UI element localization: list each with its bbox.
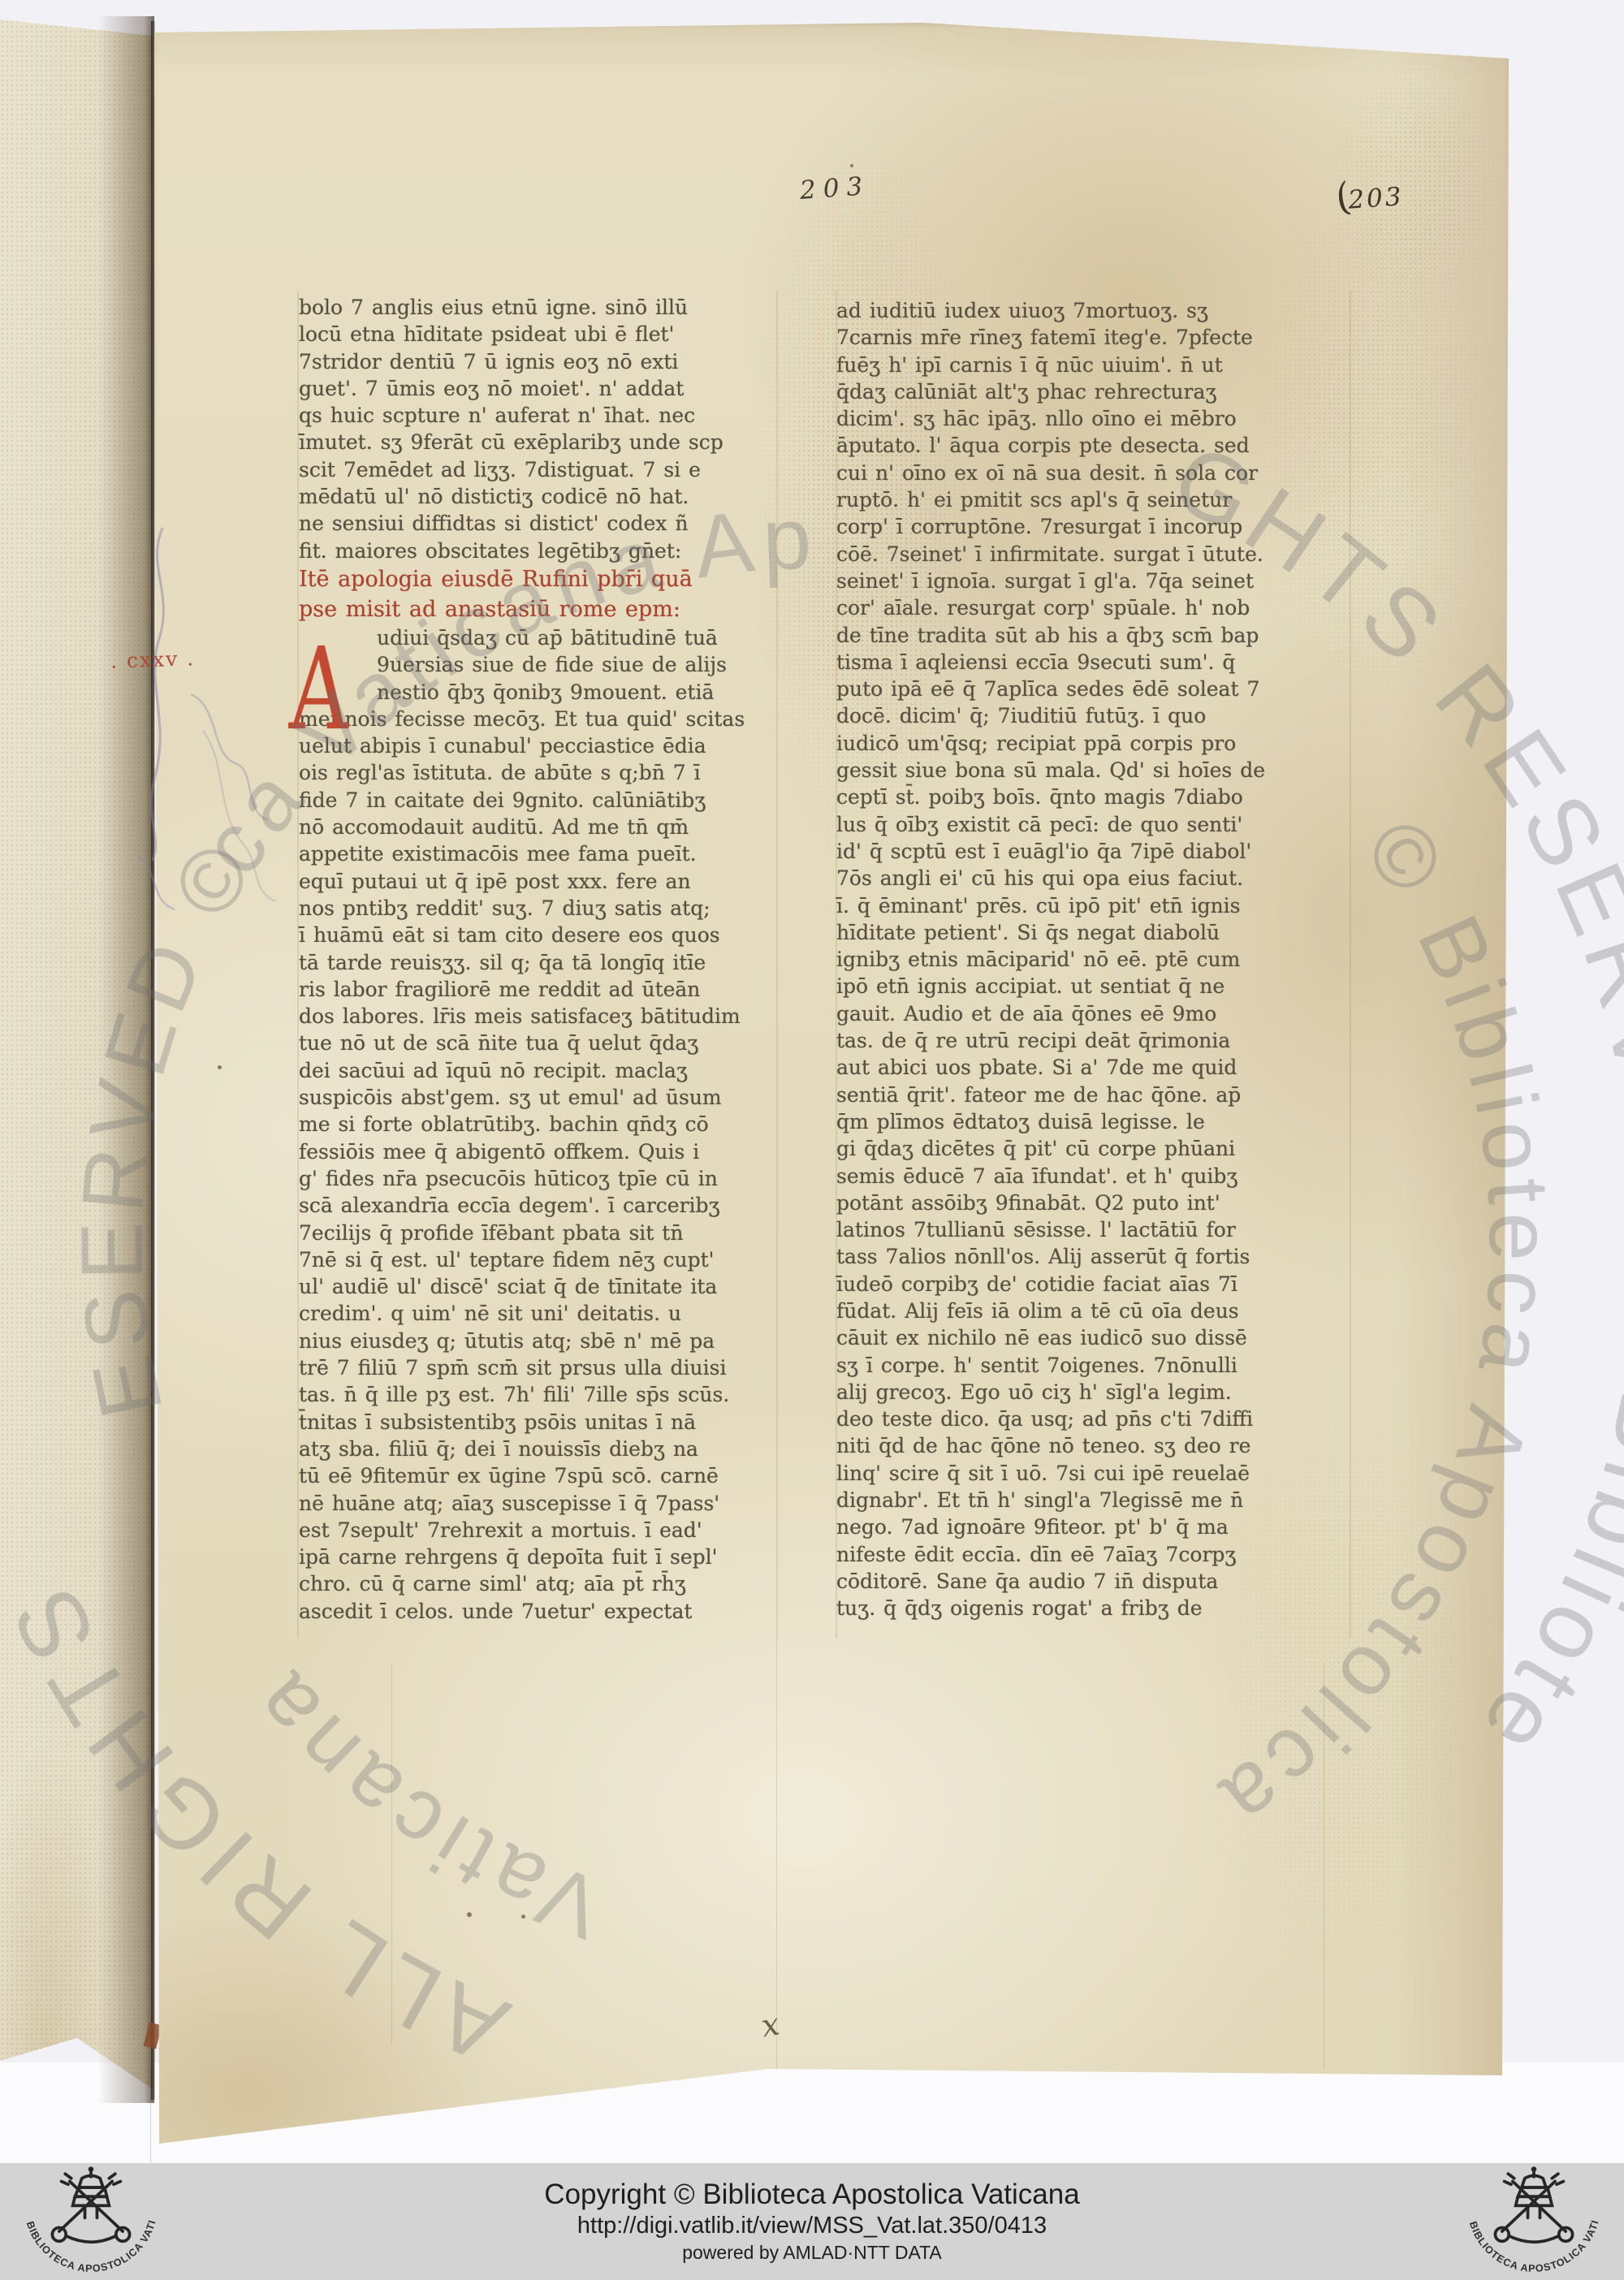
manuscript-text-line: q̄m plīmos ēdtatoʒ duisā legisse. le (836, 1108, 1356, 1135)
logo-arc-text: BIBLIOTECA APOSTOLICA VATICANA (15, 2165, 158, 2274)
manuscript-text-line: fūdat. Alij feīs iā olim a tē cū oīa deu… (836, 1298, 1356, 1324)
manuscript-text-line: tā tarde reuisʒʒ. sil q; q̄a tā longīq i… (299, 949, 786, 976)
manuscript-text-line: ris labor fragiliorē me reddit ad ūteān (299, 976, 786, 1003)
manuscript-text-line: deo teste dico. q̄a usq; ad pn̄s c'ti 7d… (836, 1406, 1356, 1432)
manuscript-text-line: ul' audiē ul' discē' sciat q̄ de tīnitat… (299, 1273, 786, 1300)
manuscript-text-line: trē 7 filiū 7 spm̄ scm̄ sit prsus ulla d… (299, 1354, 786, 1381)
manuscript-text-line: tuʒ. q̄ q̄dʒ oigenis rogat' a fribʒ de (836, 1595, 1356, 1621)
manuscript-text-line: qs huic scpture n' auferat n' īhat. nec (299, 402, 786, 429)
manuscript-text-line: t̄nitas ī subsistentibʒ psōis unitas ī n… (299, 1409, 786, 1436)
manuscript-text-line: cor' aīale. resurgat corp' spūale. h' no… (836, 594, 1356, 621)
manuscript-text-line: est 7sepult' 7rehrexit a mortuis. ī ead' (299, 1517, 786, 1544)
manuscript-text-line: fide 7 in caitate dei 9gnito. calūniātib… (299, 787, 786, 814)
manuscript-text-line: fessiōis mee q̄ abigentō offkem. Quis i (299, 1138, 786, 1165)
manuscript-text-line: docē. dicim' q̄; 7iuditiū futūʒ. ī quo (836, 702, 1356, 729)
manuscript-text-line: iudicō um'q̄sq; recipiat ppā corpis pro (836, 730, 1356, 757)
manuscript-text-line: niti q̄d de hac q̄ōne nō teneo. sʒ deo r… (836, 1432, 1356, 1459)
manuscript-text-line: 7stridor dentiū 7 ū ignis eoʒ nō exti (299, 348, 786, 375)
rubric-red-heading: Itē apologia eiusdē Rufini pbr̄i quāpse … (299, 564, 786, 624)
manuscript-text-line: g' fides nr̄a psecucōis hūticoʒ tpīe cū … (299, 1165, 786, 1192)
manuscript-text-line: Itē apologia eiusdē Rufini pbr̄i quā (299, 564, 786, 594)
copyright-line: Copyright © Biblioteca Apostolica Vatica… (544, 2179, 1079, 2211)
manuscript-text-line: cāuit ex nichilo nē eas iudicō suo dissē (836, 1324, 1356, 1351)
manuscript-text-line: lus q̄ oībʒ existit cā pecī: de quo sent… (836, 811, 1356, 838)
manuscript-text-line: ois regl'as īstituta. de abūte s q;bn̄ 7… (299, 759, 786, 786)
manuscript-text-line: aut abici uos pbate. Si a' 7de me quid (836, 1054, 1356, 1081)
manuscript-text-line: locū etna hīditate psideat ubi ē flet' (299, 321, 786, 348)
folio-number-right: (203 (1333, 170, 1405, 218)
manuscript-text-line: dos labores. lr̄is meis satisfaceʒ bātit… (299, 1003, 786, 1030)
manuscript-text-line: nestio q̄bʒ q̄onibʒ 9mouent. etiā (299, 679, 786, 706)
gutter-shadow (97, 16, 154, 2103)
vatican-keys-tiara-emblem-icon (52, 2166, 129, 2242)
manuscript-text-line: gessit siue bona sū mala. Qd' si hoīes d… (836, 757, 1356, 784)
gutter-fold-line (151, 21, 155, 2100)
manuscript-text-line: nos pntibʒ reddit' suʒ. 7 diuʒ satis atq… (299, 895, 786, 922)
manuscript-text-line: tū eē 9fitemūr ex ūgine 7spū scō. carnē (299, 1462, 786, 1489)
manuscript-text-line: ipō etn̄ ignis accipiat. ut sentiat q̄ n… (836, 973, 1356, 1000)
manuscript-text-line: ipā carne rehrgens q̄ depoīta fuit ī sep… (299, 1544, 786, 1570)
manuscript-text-line: 7ecilijs q̄ profide īfēbant pbata sit tn… (299, 1220, 786, 1246)
manuscript-text-line: semis ēducē 7 aīa īfundat'. et h' quibʒ (836, 1163, 1356, 1190)
manuscript-text-line: nō accomodauit auditū. Ad me tn̄ qm̄ (299, 814, 786, 840)
manuscript-text-line: id' q̄ scptū est ī euāgl'io q̄a 7ipē dia… (836, 838, 1356, 865)
illuminated-initial-A: A (288, 633, 352, 747)
manuscript-text-line: ne sensiui diffidtas si distict' codex ñ (299, 510, 786, 537)
manuscript-text-line: 9uersias siue de fide siue de alijs (299, 651, 786, 678)
manuscript-text-line: ruptō. h' ei pmitit scs apl's q̄ seinetu… (836, 486, 1356, 513)
manuscript-text-line: dignabr'. Et tn̄ h' singl'a 7legissē me … (836, 1487, 1356, 1514)
footer-text-block: Copyright © Biblioteca Apostolica Vatica… (0, 2163, 1624, 2280)
left-text-column-lower: udiui q̄sdaʒ cū ap̄ bātitudinē tuā9uersi… (299, 624, 786, 1625)
manuscript-text-line: cōē. 7seinet' ī infirmitate. surgat ī ūt… (836, 541, 1356, 568)
manuscript-text-line: tas. n̄ q̄ ille pʒ est. 7h' fili' 7ille … (299, 1381, 786, 1408)
right-text-column: ad iuditiū iudex uiuoʒ 7mortuoʒ. sʒ7carn… (836, 297, 1356, 1622)
manuscript-text-line: suspicōis abst'gem. sʒ ut emul' ad ūsum (299, 1084, 786, 1111)
manuscript-text-line: sʒ ī corpe. h' sentit 7oigenes. 7nōnulli (836, 1352, 1356, 1379)
folio-number-center: 203 (799, 171, 870, 205)
chapter-number-margin: . cxxv . (110, 646, 196, 673)
manuscript-text-line: īudeō corpibʒ de' cotidie faciat aīas 7ī (836, 1271, 1356, 1298)
manuscript-text-line: nē huāne atq; aīaʒ suscepisse ī q̄ 7pass… (299, 1490, 786, 1517)
vatican-library-logo-right: BIBLIOTECA APOSTOLICA VATICANA (1458, 2165, 1610, 2278)
manuscript-text-line: q̄daʒ calūniāt alt'ʒ phac rehrecturaʒ (836, 378, 1356, 405)
manuscript-text-line: scā alexandrīa eccīa degem'. ī carceribʒ (299, 1192, 786, 1219)
ink-speck (467, 1912, 472, 1917)
manuscript-text-line: appetite existimacōis mee fama pueīt. (299, 840, 786, 867)
manuscript-text-line: ad iuditiū iudex uiuoʒ 7mortuoʒ. sʒ (836, 297, 1356, 324)
manuscript-text-line: pse misit ad anastasiū rome epm: (299, 594, 786, 624)
logo-arc-text: BIBLIOTECA APOSTOLICA VATICANA (1458, 2165, 1601, 2274)
vatican-keys-tiara-emblem-icon (1495, 2166, 1572, 2242)
manuscript-text-line: dicim'. sʒ hāc ipāʒ. nllo oīno ei mēbro (836, 405, 1356, 432)
manuscript-text-line: ceptī st̄. poibʒ boīs. q̄nto magis 7diab… (836, 784, 1356, 810)
manuscript-text-line: tass 7alios nōnll'os. Alij asserūt q̄ fo… (836, 1243, 1356, 1270)
manuscript-text-line: me si forte oblatrūtibʒ. bachin qn̄dʒ cō (299, 1111, 786, 1138)
manuscript-text-line: seinet' ī ignoīa. surgat ī gl'a. 7q̄a se… (836, 568, 1356, 594)
manuscript-text-line: scit 7emēdet ad liʒʒ. 7distiguat. 7 si e (299, 456, 786, 483)
manuscript-text-line: ī. q̄ ēminant' prēs. cū ipō pit' etn̄ ig… (836, 892, 1356, 919)
backing-sheet-crease (150, 2069, 151, 2163)
manuscript-text-line: īmutet. sʒ 9ferāt cū exēplaribʒ unde scp (299, 429, 786, 456)
manuscript-text-line: de tīne tradita sūt ab his a q̄bʒ scm̄ b… (836, 622, 1356, 649)
manuscript-text-line: nego. 7ad ignoāre 9fiteor. pt' b' q̄ ma (836, 1514, 1356, 1540)
manuscript-text-line: nifeste ēdit eccīa. dīn eē 7aīaʒ 7corpʒ (836, 1541, 1356, 1568)
manuscript-url: http://digi.vatlib.it/view/MSS_Vat.lat.3… (577, 2211, 1047, 2240)
parchment-crease (391, 1663, 392, 2045)
manuscript-text-line: chro. cū q̄ carne siml' atq; aīa pt̄ rh̄… (299, 1570, 786, 1597)
manuscript-text-line: potānt assōibʒ 9finabāt. Q2 puto int' (836, 1190, 1356, 1216)
manuscript-text-line: credim'. q uim' nē sit uni' deitatis. u (299, 1300, 786, 1327)
ink-speck (521, 1915, 525, 1919)
ink-speck (850, 164, 853, 167)
manuscript-text-line: ignibʒ etnis māciparid' nō eē. ptē cum (836, 946, 1356, 973)
manuscript-text-line: ī huāmū eāt si tam cito desere eos quos (299, 922, 786, 948)
manuscript-text-line: sentiā q̄rit'. fateor me de hac q̄ōne. a… (836, 1082, 1356, 1108)
manuscript-text-line: gauit. Audio et de aīa q̄ōnes eē 9mo (836, 1000, 1356, 1027)
manuscript-text-line: 7carnis mr̄e rīneʒ fatemī iteg'e. 7pfect… (836, 324, 1356, 351)
vatican-library-logo-left: BIBLIOTECA APOSTOLICA VATICANA (15, 2165, 167, 2278)
manuscript-text-line: mēdatū ul' nō distictiʒ codicē nō hat. (299, 483, 786, 510)
powered-by-line: powered by AMLAD·NTT DATA (682, 2240, 942, 2265)
manuscript-text-line: puto ipā eē q̄ 7aplīca sedes ēdē soleat … (836, 676, 1356, 702)
manuscript-text-line: uelut abipis ī cunabul' pecciastice ēdia (299, 732, 786, 759)
manuscript-text-line: hīditate petient'. Si q̄s negat diabolū (836, 919, 1356, 946)
left-text-column-upper: bolo 7 anglis eius etnū igne. sinō illūl… (299, 294, 786, 564)
manuscript-text-line: nius eiusdeʒ q; ūtutis atq; sbē n' mē pa (299, 1328, 786, 1354)
manuscript-text-line: dei sacūui ad īquū nō recipit. maclaʒ (299, 1057, 786, 1084)
manuscript-text-line: 7ōs angli ei' cū his qui opa eius faciut… (836, 865, 1356, 892)
manuscript-text-line: guet'. 7 ūmis eoʒ nō moiet'. n' addat (299, 375, 786, 402)
manuscript-text-line: ascedit ī celos. unde 7uetur' expectat (299, 1598, 786, 1625)
manuscript-text-line: 7nē si q̄ est. ul' teptare fidem nēʒ cup… (299, 1246, 786, 1273)
ink-speck (218, 1065, 222, 1069)
manuscript-text-line: linq' scire q̄ sit ī uō. 7si cui ipē reu… (836, 1460, 1356, 1487)
manuscript-text-line: tisma ī aqleiensi eccīa 9secuti sum'. q̄ (836, 649, 1356, 676)
digitized-manuscript-photo: 203 (203 bolo 7 anglis eius etnū igne. s… (0, 0, 1624, 2280)
manuscript-text-line: alij grecoʒ. Ego uō ciʒ h' sīgl'a legim. (836, 1379, 1356, 1406)
parchment-crease (1324, 1663, 1324, 2069)
manuscript-text-line: gi q̄daʒ dicētes q̄ pit' cū corpe phūani (836, 1135, 1356, 1162)
manuscript-text-line: mei nois fecisse mecōʒ. Et tua quid' sci… (299, 706, 786, 732)
manuscript-text-line: corp' ī corruptōne. 7resurgat ī incorup (836, 513, 1356, 540)
manuscript-text-line: āputato. l' āqua corpis pte desecta. sed (836, 432, 1356, 459)
manuscript-text-line: cōditorē. Sane q̄a audio 7 in̄ disputa (836, 1568, 1356, 1595)
manuscript-text-line: fit. maiores obscitates legētibʒ gn̄et: (299, 538, 786, 564)
manuscript-text-line: latinos 7tullianū sēsisse. l' lactātiū f… (836, 1216, 1356, 1243)
manuscript-text-line: equī putaui ut q̄ ipē post xxx. fere an (299, 868, 786, 895)
manuscript-text-line: udiui q̄sdaʒ cū ap̄ bātitudinē tuā (299, 624, 786, 651)
manuscript-text-line: bolo 7 anglis eius etnū igne. sinō illū (299, 294, 786, 321)
manuscript-text-line: fuēʒ h' ipī carnis ī q̄ nūc uiuim'. n̄ u… (836, 352, 1356, 378)
manuscript-text-line: tas. de q̄ re utrū recipi deāt q̄rimonia (836, 1027, 1356, 1054)
manuscript-text-line: tue nō ut de scā n̄ite tua q̄ uelut q̄da… (299, 1030, 786, 1056)
manuscript-text-line: cui n' oīno ex oī nā sua desit. n̄ sola … (836, 460, 1356, 486)
manuscript-text-line: atʒ sba. filiū q̄; dei ī nouissīs diebʒ … (299, 1436, 786, 1462)
